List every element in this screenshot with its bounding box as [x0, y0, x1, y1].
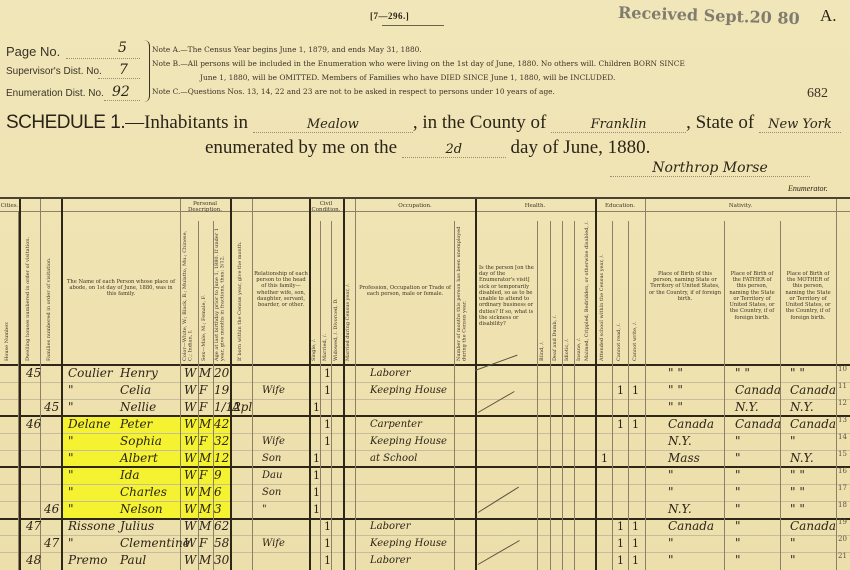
birthplace: " ": [668, 399, 683, 416]
supervisor-dist-value: 7: [119, 62, 128, 78]
father-birthplace: ": [735, 535, 741, 552]
given-name: Nellie: [120, 399, 156, 416]
sex: M: [199, 450, 211, 467]
surname: ": [68, 399, 74, 416]
father-birthplace: ": [735, 552, 741, 569]
sex: F: [199, 382, 207, 399]
header-birth-father: Place of Birth of the FATHER of this per…: [727, 271, 777, 321]
form-id-rule: [382, 25, 444, 26]
header-married-census-year: Married during Census year, /.: [346, 275, 352, 361]
age: 3: [214, 501, 222, 518]
sex: M: [199, 484, 211, 501]
header-education: Education.: [595, 203, 645, 209]
header-married: Married, /.: [323, 324, 329, 361]
header-birth-mother: Place of Birth of the MOTHER of this per…: [783, 271, 833, 321]
cannot-write-mark: 1: [632, 552, 639, 569]
father-birthplace: " ": [735, 365, 750, 382]
cannot-write-mark: 1: [632, 518, 639, 535]
brace: [144, 40, 150, 102]
note-b-line1: Note B.—All persons will be included in …: [152, 59, 685, 68]
surname: Premo: [68, 552, 108, 569]
dwelling-number: 46: [26, 416, 41, 433]
color: W: [184, 450, 196, 467]
mother-birthplace: ": [790, 535, 796, 552]
married-mark: 1: [324, 416, 331, 433]
given-name: Peter: [120, 416, 152, 433]
line-number: 16: [838, 467, 847, 475]
header-house-number: House Number.: [5, 295, 11, 361]
age: 30: [214, 552, 229, 569]
father-birthplace: ": [735, 484, 741, 501]
table-row: 46"NelsonWM3"1N.Y."" "18: [0, 501, 850, 518]
married-mark: 1: [324, 365, 331, 382]
schedule-line-2: enumerated by me on the 2d day of June, …: [205, 137, 650, 159]
given-name: Julius: [120, 518, 154, 535]
given-name: Charles: [120, 484, 167, 501]
age: 12: [214, 450, 229, 467]
birthplace: " ": [668, 382, 683, 399]
table-row: "CeliaWF19Wife1Keeping House11" "CanadaC…: [0, 382, 850, 399]
line-number: 19: [838, 518, 847, 526]
father-birthplace: Canada: [735, 416, 781, 433]
header-birth-person: Place of Birth of this person, naming St…: [648, 271, 722, 302]
received-stamp: Received Sept.20 80: [618, 3, 800, 28]
sex: F: [199, 399, 207, 416]
cannot-read-mark: 1: [617, 416, 624, 433]
age: 6: [214, 484, 222, 501]
attended-school-mark: 1: [601, 450, 608, 467]
header-insane: Insane, /.: [577, 329, 583, 361]
birthplace: Canada: [668, 518, 714, 535]
surname: ": [68, 484, 74, 501]
header-profession: Profession, Occupation or Trade of each …: [358, 285, 452, 297]
table-row: "IdaWF9Dau1""" "16: [0, 467, 850, 484]
line-number: 11: [838, 382, 847, 390]
surname: ": [68, 433, 74, 450]
cannot-write-mark: 1: [632, 416, 639, 433]
father-birthplace: Canada: [735, 382, 781, 399]
header-cannot-read: Cannot read, /.: [617, 309, 623, 361]
cannot-write-mark: 1: [632, 535, 639, 552]
given-name: Celia: [120, 382, 151, 399]
cannot-read-mark: 1: [617, 518, 624, 535]
header-born-month: If born within the Census year, give the…: [238, 239, 244, 361]
table-row: "SophiaWF32Wife1Keeping HouseN.Y.""14: [0, 433, 850, 450]
header-attended-school: Attended school within the Census year, …: [600, 239, 606, 361]
county-label: , in the County of: [413, 112, 547, 133]
mother-birthplace: Canada: [790, 416, 836, 433]
occupation: Keeping House: [370, 535, 447, 552]
enumeration-dots: [104, 100, 140, 101]
birthplace: ": [668, 484, 674, 501]
birthplace: Mass: [668, 450, 700, 467]
page-no-value: 5: [118, 40, 127, 56]
surname: Rissone: [68, 518, 115, 535]
note-b-line2: June 1, 1880, will be OMITTED. Members o…: [200, 73, 615, 82]
header-maimed: Maimed, Crippled, Bedridden, or otherwis…: [585, 223, 591, 361]
dwelling-number: 45: [26, 365, 41, 382]
father-birthplace: N.Y.: [735, 399, 759, 416]
sheet-number: 682: [807, 86, 828, 102]
header-health: Health.: [475, 203, 595, 209]
cannot-write-mark: 1: [632, 382, 639, 399]
mother-birthplace: Canada: [790, 518, 836, 535]
color: W: [184, 416, 196, 433]
married-mark: 1: [324, 535, 331, 552]
age: 19: [214, 382, 229, 399]
married-mark: 1: [324, 552, 331, 569]
father-birthplace: ": [735, 501, 741, 518]
table-row: "CharlesWM6Son1""" "17: [0, 484, 850, 501]
supervisor-dist-label: Supervisor's Dist. No.: [6, 66, 102, 77]
enumeration-dist-label: Enumeration Dist. No.: [6, 88, 104, 99]
inhabitants-label: —Inhabitants in: [125, 112, 248, 133]
mother-birthplace: Canada: [790, 382, 836, 399]
birthplace: N.Y.: [668, 501, 692, 518]
enumerated-label: enumerated by me on the: [205, 137, 397, 158]
state-value: New York: [759, 117, 841, 133]
line-number: 17: [838, 484, 847, 492]
family-number: 47: [44, 535, 59, 552]
married-mark: 1: [324, 382, 331, 399]
color: W: [184, 484, 196, 501]
mother-birthplace: ": [790, 552, 796, 569]
age: 32: [214, 433, 229, 450]
age: 62: [214, 518, 229, 535]
occupation: Laborer: [370, 518, 411, 535]
header-dwelling: Dwelling houses numbered in order of vis…: [26, 229, 34, 361]
page-no-dots: [66, 58, 140, 59]
sex: M: [199, 416, 211, 433]
header-relationship: Relationship of each person to the head …: [254, 271, 308, 308]
header-civil-condition: Civil Condition.: [309, 201, 343, 214]
color: W: [184, 501, 196, 518]
occupation: Laborer: [370, 365, 411, 382]
table-row: 48PremoPaulWM301Laborer11"""21: [0, 552, 850, 569]
sex: M: [199, 552, 211, 569]
cannot-read-mark: 1: [617, 535, 624, 552]
mother-birthplace: " ": [790, 501, 805, 518]
mother-birthplace: N.Y.: [790, 399, 814, 416]
surname: ": [68, 501, 74, 518]
line-number: 20: [838, 535, 847, 543]
relationship: Wife: [262, 535, 285, 552]
sex: M: [199, 501, 211, 518]
header-families: Families numbered in order of visitation…: [47, 249, 53, 361]
family-number: 46: [44, 501, 59, 518]
table-row: 45"NellieWF1/12Apl1" "N.Y.N.Y.12: [0, 399, 850, 416]
census-page: [7—296.] Received Sept.20 80 A. 682 Page…: [0, 0, 850, 570]
color: W: [184, 399, 196, 416]
enumeration-dist-value: 92: [112, 84, 130, 100]
birthplace: ": [668, 552, 674, 569]
family-number: 45: [44, 399, 59, 416]
state-label: , State of: [686, 112, 754, 133]
color: W: [184, 365, 196, 382]
cannot-read-mark: 1: [617, 382, 624, 399]
dwelling-number: 48: [26, 552, 41, 569]
color: W: [184, 535, 196, 552]
line-number: 15: [838, 450, 847, 458]
header-age: Age at last birthday prior to June 1, 18…: [215, 223, 228, 361]
father-birthplace: ": [735, 450, 741, 467]
surname: ": [68, 467, 74, 484]
given-name: Clementine: [120, 535, 190, 552]
birthplace: N.Y.: [668, 433, 692, 450]
supervisor-dots: [98, 78, 140, 79]
given-name: Albert: [120, 450, 158, 467]
relationship: Wife: [262, 433, 285, 450]
header-sex: Sex—Male, M.; Female, F.: [202, 289, 208, 361]
relationship: Son: [262, 484, 281, 501]
table-row: 45CoulierHenryWM201Laborer" "" "" "10: [0, 365, 850, 382]
single-mark: 1: [313, 501, 320, 518]
header-nativity: Nativity.: [645, 203, 836, 209]
given-name: Paul: [120, 552, 146, 569]
relationship: Dau: [262, 467, 282, 484]
occupation: Keeping House: [370, 382, 447, 399]
header-name: The Name of each Person whose place of a…: [66, 279, 176, 298]
line-number: 10: [838, 365, 847, 373]
age: 58: [214, 535, 229, 552]
enumerator-signature: Northrop Morse: [610, 160, 810, 177]
line-number: 14: [838, 433, 847, 441]
occupation: Laborer: [370, 552, 411, 569]
line-number: 18: [838, 501, 847, 509]
header-occupation: Occupation.: [355, 203, 475, 209]
header-color: Color—White, W.; Black, B.; Mulatto, Mu.…: [183, 223, 195, 361]
day-value: 2d: [402, 142, 506, 158]
occupation: Keeping House: [370, 433, 447, 450]
color: W: [184, 433, 196, 450]
page-no-label: Page No.: [6, 44, 60, 59]
birth-month: Apl: [232, 399, 252, 416]
birthplace: ": [668, 535, 674, 552]
age: 9: [214, 467, 222, 484]
color: W: [184, 518, 196, 535]
relationship: Son: [262, 450, 281, 467]
mother-birthplace: ": [790, 433, 796, 450]
line-number: 21: [838, 552, 847, 560]
header-cities: Cities.: [0, 203, 19, 209]
sex: M: [199, 518, 211, 535]
surname: ": [68, 535, 74, 552]
day-label: day of June, 1880.: [511, 137, 651, 158]
enumerator-label: Enumerator.: [788, 184, 828, 193]
father-birthplace: ": [735, 518, 741, 535]
color: W: [184, 467, 196, 484]
single-mark: 1: [313, 484, 320, 501]
birthplace: " ": [668, 365, 683, 382]
given-name: Nelson: [120, 501, 163, 518]
schedule-line-1: SCHEDULE 1.—Inhabitants in Mealow, in th…: [6, 112, 841, 134]
line-number: 12: [838, 399, 847, 407]
surname: ": [68, 450, 74, 467]
color: W: [184, 552, 196, 569]
relationship: ": [262, 501, 267, 518]
header-personal-description: Personal Description.: [180, 201, 230, 214]
birthplace: ": [668, 467, 674, 484]
place-value: Mealow: [253, 117, 413, 133]
county-value: Franklin: [551, 117, 686, 133]
father-birthplace: ": [735, 467, 741, 484]
note-c: Note C.—Questions Nos. 13, 14, 22 and 23…: [152, 87, 555, 96]
sex: F: [199, 433, 207, 450]
cannot-read-mark: 1: [617, 552, 624, 569]
schedule-title: SCHEDULE 1.: [6, 112, 125, 133]
surname: ": [68, 382, 74, 399]
mother-birthplace: " ": [790, 467, 805, 484]
line-number: 13: [838, 416, 847, 424]
age: 42: [214, 416, 229, 433]
table-row: 47RissoneJuliusWM621Laborer11Canada"Cana…: [0, 518, 850, 535]
form-id: [7—296.]: [370, 11, 409, 21]
sheet-letter: A.: [820, 6, 837, 26]
dwelling-number: 47: [26, 518, 41, 535]
surname: Coulier: [68, 365, 113, 382]
table-row: "AlbertWM12Son1at School1Mass"N.Y.15: [0, 450, 850, 467]
table-row: 47"ClementineWF58Wife1Keeping House11"""…: [0, 535, 850, 552]
married-mark: 1: [324, 433, 331, 450]
sex: F: [199, 467, 207, 484]
mother-birthplace: N.Y.: [790, 450, 814, 467]
father-birthplace: ": [735, 433, 741, 450]
occupation: Carpenter: [370, 416, 422, 433]
header-months-unemployed: Number of months this person has been un…: [457, 223, 471, 361]
given-name: Sophia: [120, 433, 162, 450]
single-mark: 1: [313, 450, 320, 467]
given-name: Henry: [120, 365, 158, 382]
birthplace: Canada: [668, 416, 714, 433]
header-deaf-dumb: Deaf and Dumb, /.: [553, 307, 559, 361]
relationship: Wife: [262, 382, 285, 399]
occupation: at School: [370, 450, 417, 467]
header-blind: Blind, /.: [540, 329, 546, 361]
table-row: 46DelanePeterWM421Carpenter11CanadaCanad…: [0, 416, 850, 433]
sex: F: [199, 535, 207, 552]
group-header-rule: [0, 211, 850, 212]
header-sick: Is the person [on the day of the Enumera…: [479, 265, 535, 327]
single-mark: 1: [313, 467, 320, 484]
mother-birthplace: " ": [790, 365, 805, 382]
header-idiotic: Idiotic, /.: [565, 329, 571, 361]
age: 20: [214, 365, 229, 382]
header-widowed-divorced: Widowed, /. Divorced, D.: [334, 297, 340, 361]
mother-birthplace: " ": [790, 484, 805, 501]
note-a: Note A.—The Census Year begins June 1, 1…: [152, 45, 422, 54]
header-single: Single, /.: [312, 327, 318, 361]
married-mark: 1: [324, 518, 331, 535]
color: W: [184, 382, 196, 399]
surname: Delane: [68, 416, 111, 433]
sex: M: [199, 365, 211, 382]
given-name: Ida: [120, 467, 140, 484]
header-cannot-write: Cannot write, /.: [633, 309, 639, 361]
single-mark: 1: [313, 399, 320, 416]
